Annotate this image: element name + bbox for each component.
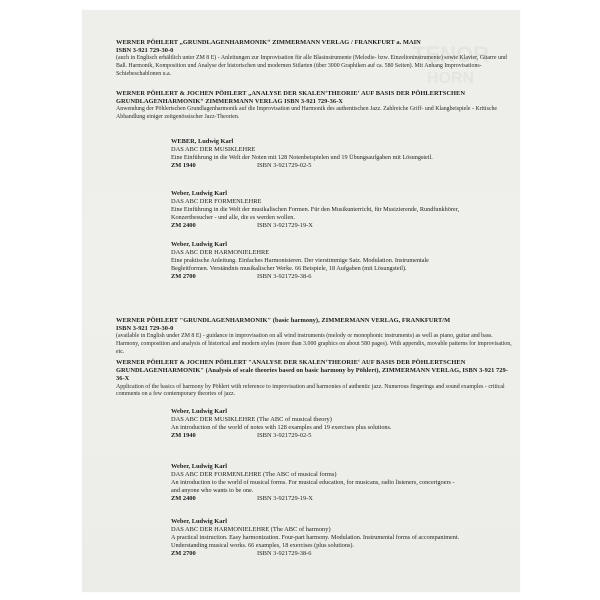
section-poehlert-grundlagen-de: WERNER PÖHLERT „GRUNDLAGENHARMONIK“ ZIMM… <box>116 39 514 78</box>
section-heading: WERNER PÖHLERT „GRUNDLAGENHARMONIK“ ZIMM… <box>116 39 514 47</box>
document-page: TENOR HORN WERNER PÖHLERT „GRUNDLAGENHAR… <box>82 10 520 592</box>
entry-author: WEBER, Ludwig Karl <box>171 138 461 146</box>
entry-code: ZM 2400 <box>171 222 196 230</box>
entry-author: Weber, Ludwig Karl <box>171 463 461 471</box>
entry-code: ZM 2400 <box>171 495 196 503</box>
section-heading: WERNER PÖHLERT & JOCHEN PÖHLERT "ANALYSE… <box>116 359 514 384</box>
section-heading: WERNER PÖHLERT & JOCHEN PÖHLERT „ANALYSE… <box>116 90 514 106</box>
entry-title: DAS ABC DER MUSIKLEHRE <box>171 146 461 154</box>
entry-code: ZM 1940 <box>171 162 196 170</box>
entry-code-row: ZM 1940 ISBN 3-921729-02-5 <box>171 432 461 440</box>
book-entry-harmonielehre-en: Weber, Ludwig Karl DAS ABC DER HARMONIEL… <box>171 518 461 558</box>
section-poehlert-analyse-de: WERNER PÖHLERT & JOCHEN PÖHLERT „ANALYSE… <box>116 90 514 122</box>
entry-code-row: ZM 2700 ISBN 3-921729-38-6 <box>171 550 461 558</box>
entry-description: An introduction to the world of musical … <box>171 479 461 495</box>
book-entry-formenlehre-en: Weber, Ludwig Karl DAS ABC DER FORMENLEH… <box>171 463 461 503</box>
entry-isbn: ISBN 3-921729-19-X <box>257 222 313 230</box>
entry-code-row: ZM 2700 ISBN 3-921729-38-6 <box>171 273 461 281</box>
entry-isbn: ISBN 3-921729-38-6 <box>257 273 312 281</box>
entry-title: DAS ABC DER FORMENLEHRE (The ABC of musi… <box>171 471 461 479</box>
entry-code: ZM 2700 <box>171 550 196 558</box>
entry-author: Weber, Ludwig Karl <box>171 408 461 416</box>
entry-isbn: ISBN 3-921729-19-X <box>257 495 313 503</box>
section-heading: WERNER PÖHLERT "GRUNDLAGENHARMONIK" (bas… <box>116 317 514 325</box>
book-entry-formenlehre-de: Weber, Ludwig Karl DAS ABC DER FORMENLEH… <box>171 190 461 230</box>
entry-description: Eine Einführung in die Welt der musikali… <box>171 206 461 222</box>
entry-code-row: ZM 1940 ISBN 3-921729-02-5 <box>171 162 461 170</box>
entry-code: ZM 2700 <box>171 273 196 281</box>
entry-description: An introduction of the world of notes wi… <box>171 424 461 432</box>
entry-code-row: ZM 2400 ISBN 3-921729-19-X <box>171 222 461 230</box>
entry-isbn: ISBN 3-921729-02-5 <box>257 162 312 170</box>
section-body: Anwendung der Pöhlertschen Grundlagenhar… <box>116 106 514 121</box>
entry-author: Weber, Ludwig Karl <box>171 518 461 526</box>
entry-code: ZM 1940 <box>171 432 196 440</box>
section-poehlert-analyse-en: WERNER PÖHLERT & JOCHEN PÖHLERT "ANALYSE… <box>116 359 514 399</box>
entry-isbn: ISBN 3-921729-02-5 <box>257 432 312 440</box>
entry-title: DAS ABC DER FORMENLEHRE <box>171 198 461 206</box>
book-entry-musiklehre-en: Weber, Ludwig Karl DAS ABC DER MUSIKLEHR… <box>171 408 461 440</box>
entry-title: DAS ABC DER HARMONIELEHRE (The ABC of ha… <box>171 526 461 534</box>
entry-author: Weber, Ludwig Karl <box>171 190 461 198</box>
entry-description: A practical instruction. Easy harmonizat… <box>171 534 461 550</box>
section-body: Application of the basics of harmony by … <box>116 384 514 399</box>
section-body: (available in English under ZM 8 E) - gu… <box>116 333 514 356</box>
entry-isbn: ISBN 3-921729-38-6 <box>257 550 312 558</box>
book-entry-musiklehre-de: WEBER, Ludwig Karl DAS ABC DER MUSIKLEHR… <box>171 138 461 170</box>
section-poehlert-grundlagen-en: WERNER PÖHLERT "GRUNDLAGENHARMONIK" (bas… <box>116 317 514 356</box>
entry-description: Eine praktische Anleitung. Einfaches Har… <box>171 257 461 273</box>
entry-author: Weber, Ludwig Karl <box>171 241 461 249</box>
entry-code-row: ZM 2400 ISBN 3-921729-19-X <box>171 495 461 503</box>
entry-title: DAS ABC DER HARMONIELEHRE <box>171 249 461 257</box>
entry-description: Eine Einführung in die Welt der Noten mi… <box>171 154 461 162</box>
book-entry-harmonielehre-de: Weber, Ludwig Karl DAS ABC DER HARMONIEL… <box>171 241 461 281</box>
entry-title: DAS ABC DER MUSIKLEHRE (The ABC of music… <box>171 416 461 424</box>
section-body: (auch in Englisch erhältlich unter ZM 8 … <box>116 55 514 78</box>
